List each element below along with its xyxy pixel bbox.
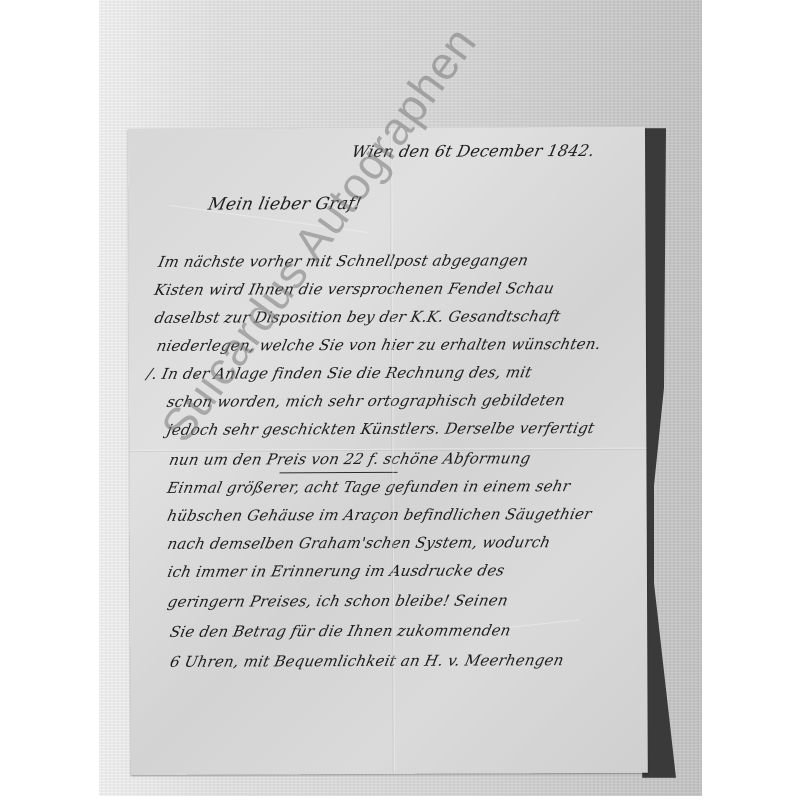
letter-sheet: Wien den 6t December 1842. Mein lieber G… [128, 127, 648, 775]
letter-line-1: Im nächste vorher mit Schnellpost abgega… [157, 251, 530, 271]
underline-mark [279, 472, 397, 474]
letter-line-8-text: nun um den Preis von 22 f. schöne Abform… [167, 449, 532, 469]
letter-line-14: Sie den Betrag für die Ihnen zukommenden [168, 621, 512, 641]
letter-line-3: daselbst zur Disposition bey der K.K. Ge… [153, 307, 562, 327]
letter-line-10: hübschen Gehäuse im Araçon befindlichen … [166, 505, 594, 525]
letter-line-4: niederlegen, welche Sie von hier zu erha… [155, 335, 603, 355]
letter-line-11: nach demselben Graham'schen System, wodu… [166, 533, 552, 553]
letter-line-6: schon worden, mich sehr ortographisch ge… [165, 391, 567, 411]
place-date-line: Wien den 6t December 1842. [350, 141, 596, 161]
letter-line-15: 6 Uhren, mit Bequemlichkeit an H. v. Mee… [168, 651, 565, 671]
letter-line-9: Einmal größerer, acht Tage gefunden in e… [166, 477, 572, 497]
letter-line-12: ich immer in Erinnerung im Ausdrucke des [166, 561, 506, 580]
letter-line-8: nun um den Preis von 22 f. schöne Abform… [167, 449, 532, 469]
letter-line-7: jedoch sehr geschickten Künstlers. Derse… [165, 419, 596, 439]
letter-line-2: Kisten wird Ihnen die versprochenen Fend… [153, 279, 556, 299]
photo-stage: Wien den 6t December 1842. Mein lieber G… [0, 0, 800, 800]
letter-line-13: geringern Preises, ich schon bleibe! Sei… [166, 591, 510, 610]
letter-line-5: /. In der Anlage finden Sie die Rechnung… [145, 363, 533, 383]
salutation: Mein lieber Graf! [206, 194, 363, 215]
